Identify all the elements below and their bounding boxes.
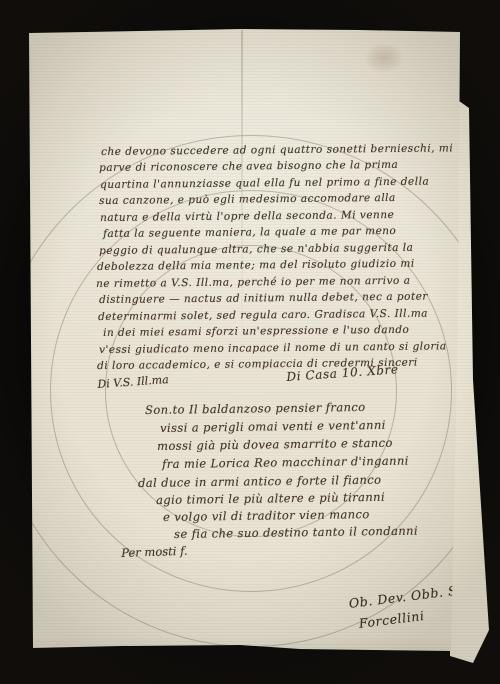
manuscript-page: che devono succedere ad ogni quattro son… bbox=[0, 0, 500, 684]
manuscript-line: che devono succedere ad ogni quattro son… bbox=[101, 142, 453, 158]
manuscript-photo: che devono succedere ad ogni quattro son… bbox=[0, 0, 500, 684]
sonnet-postscript: Per mosti f. bbox=[121, 544, 188, 560]
sonnet-line: e volgo vil di traditor vien manco bbox=[163, 507, 370, 524]
stamp-mark bbox=[366, 44, 402, 72]
